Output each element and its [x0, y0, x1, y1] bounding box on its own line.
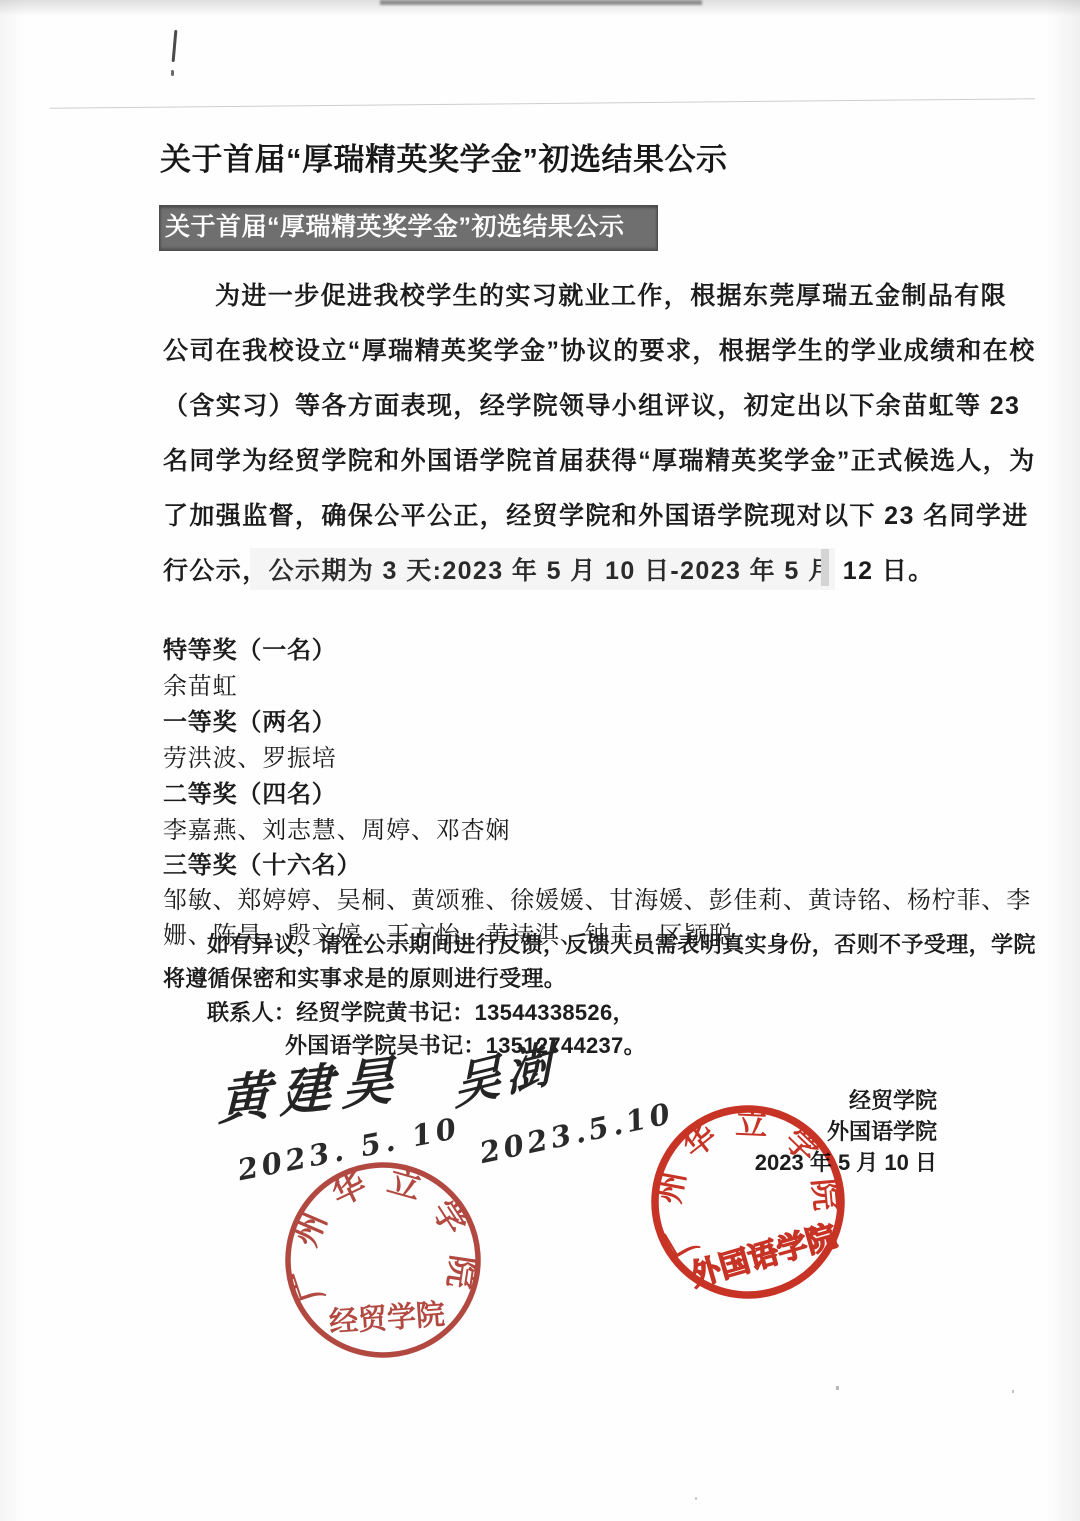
stamp-bottom-text: 经贸学院: [328, 1298, 446, 1339]
document-title: 关于首届“厚瑞精英奖学金”初选结果公示: [160, 134, 728, 179]
award-tier-label: 一等奖（两名）: [163, 702, 337, 737]
notice-line: 如有异议，请在公示期间进行反馈，反馈人员需表明真实身份，否则不予受理，学院: [207, 928, 1036, 959]
body-line: （含实习）等各方面表现，经学院领导小组评议，初定出以下余苗虹等 23: [163, 386, 1020, 422]
scan-artifact-smudge-dot: [171, 70, 174, 76]
contact-line: 联系人：经贸学院黄书记：13544338526，: [207, 996, 635, 1027]
award-names: 劳洪波、罗振培: [163, 738, 337, 773]
scan-artifact-speck: [695, 1497, 697, 1500]
stamp-bottom-text: 外国语学院: [687, 1220, 840, 1293]
stamp-arc-text: 广州华立学院: [277, 1156, 484, 1307]
award-names: 李嘉燕、刘志慧、周婷、邓杏娴: [163, 810, 510, 845]
scan-artifact-crease-line: [50, 98, 1035, 108]
notice-line: 将遵循保密和实事求是的原则进行受理。: [163, 962, 566, 993]
official-stamp-economics-college: 广州华立学院 经贸学院: [276, 1153, 489, 1366]
body-line: 为进一步促进我校学生的实习就业工作，根据东莞厚瑞五金制品有限: [163, 276, 1007, 312]
body-line: 了加强监督，确保公平公正，经贸学院和外国语学院现对以下 23 名同学进: [163, 496, 1029, 532]
scanned-document-page: 关于首届“厚瑞精英奖学金”初选结果公示 关于首届“厚瑞精英奖学金”初选结果公示 …: [0, 0, 1080, 1521]
body-line: 公司在我校设立“厚瑞精英奖学金”协议的要求，根据学生的学业成绩和在校: [163, 331, 1036, 367]
scan-artifact-smudge: [172, 30, 178, 62]
body-line: 名同学为经贸学院和外国语学院首届获得“厚瑞精英奖学金”正式候选人，为: [163, 441, 1036, 477]
body-line: 行公示，公示期为 3 天:2023 年 5 月 10 日-2023 年 5 月 …: [163, 551, 935, 587]
award-names: 余苗虹: [163, 666, 237, 701]
award-tier-label: 特等奖（一名）: [163, 630, 337, 665]
award-names: 邹敏、郑婷婷、吴桐、黄颂雅、徐媛媛、甘海媛、彭佳莉、黄诗铭、杨柠菲、李: [163, 880, 1031, 915]
award-tier-label: 二等奖（四名）: [163, 774, 337, 809]
award-tier-label: 三等奖（十六名）: [163, 845, 361, 880]
scan-artifact-speck: [836, 1386, 839, 1390]
scan-artifact-speck: [1012, 1390, 1014, 1393]
highlighted-subtitle: 关于首届“厚瑞精英奖学金”初选结果公示: [159, 205, 658, 251]
handwritten-signature-1: 黄建昊: [218, 1036, 404, 1134]
scan-artifact-top-strip: [380, 0, 702, 5]
